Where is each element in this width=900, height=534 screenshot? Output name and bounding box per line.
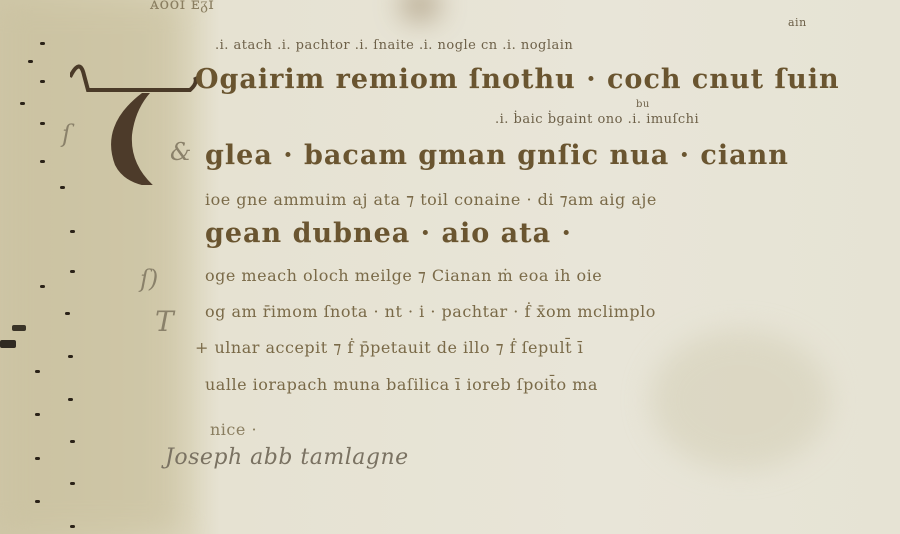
marginal-mark-2: & [170,138,191,166]
marginal-mark-1: ſ [62,120,71,148]
gloss-line-1: .i. atach .i. pachtor .i. ſnaite .i. nog… [215,38,573,53]
text-line-3: ioe gne ammuim aj ata ⁊ toil conaine · d… [205,190,657,209]
superscript-1: ain [788,16,807,29]
signature-line: Joseph abb tamlagne [165,445,409,470]
marginal-mark-3: ſ) [140,265,158,293]
text-line-9: nice · [210,420,257,439]
main-line-4: gean dubnea · aio ata · [205,218,572,249]
main-line-1: Ogairim remiom ſnothu · coch cnut ſuin [195,64,840,95]
superscript-2: bu [636,99,650,110]
lower-right-stain [650,330,830,470]
gloss-line-2: .i. ḃaic ḃgaint ono .i. imuſchi [495,112,699,127]
top-fragment-text: ᴀoᴏɪ ᴇᵹɪ [150,0,214,14]
text-line-7: + ulnar accepit ⁊ ḟ p̄petauit de illo ⁊ … [195,338,583,357]
marginal-mark-4: T [155,305,174,338]
text-line-6: og am r̄imom ſnota · nt · i · pachtar · … [205,302,656,321]
manuscript-page: ᴀoᴏɪ ᴇᵹɪ ſ & ſ) T .i. atach .i. pachtor … [0,0,900,534]
main-line-2: gleа · bacam gman gnſic nua · ciann [205,140,789,171]
text-line-5: oge meach oloch meilge ⁊ Cianan ṁ eoa ih… [205,266,602,285]
top-stain [400,0,440,20]
text-line-8: ualle iorapach muna baſilica ī ioreb ſpo… [205,375,598,394]
